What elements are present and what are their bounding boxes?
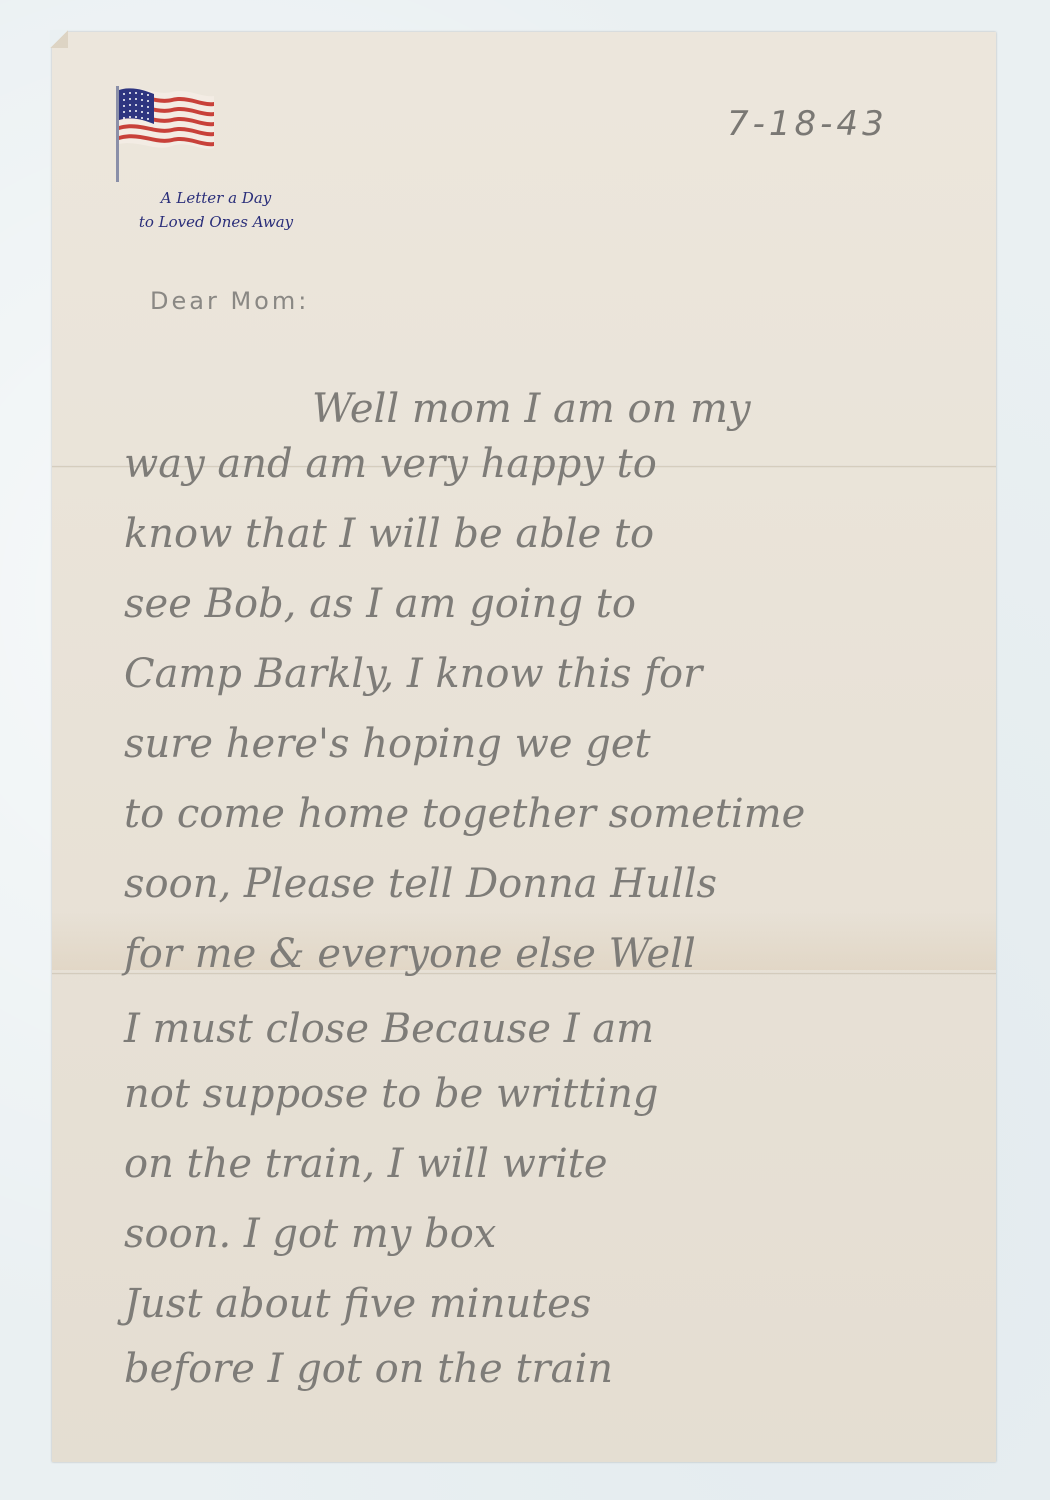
salutation: Dear Mom: (150, 287, 309, 315)
letter-line: know that I will be able to (124, 512, 654, 556)
letter-line: Well mom I am on my (312, 387, 751, 431)
letter-line: not suppose to be writting (124, 1072, 658, 1116)
letter-line: on the train, I will write (124, 1142, 608, 1186)
letter-line: soon. I got my box (124, 1212, 496, 1256)
letter-line: for me & everyone else Well (124, 932, 696, 976)
letter-line: sure here's hoping we get (124, 722, 651, 766)
letter-line: soon, Please tell Donna Hulls (124, 862, 717, 906)
letter-line: to come home together sometime (124, 792, 805, 836)
letter-line: Camp Barkly, I know this for (124, 652, 702, 696)
letter-page: A Letter a Day to Loved Ones Away 7-18-4… (52, 32, 996, 1462)
letter-line: way and am very happy to (124, 442, 657, 486)
letter-line: before I got on the train (124, 1347, 613, 1391)
letter-line: Just about five minutes (124, 1282, 591, 1326)
letter-line: see Bob, as I am going to (124, 582, 636, 626)
motto-line: to Loved Ones Away (106, 210, 326, 234)
motto-line: A Letter a Day (106, 186, 326, 210)
letter-date: 7-18-43 (727, 104, 888, 144)
letter-line: I must close Because I am (124, 1007, 654, 1051)
letterhead-motto: A Letter a Day to Loved Ones Away (106, 186, 326, 234)
american-flag-icon (110, 82, 220, 182)
